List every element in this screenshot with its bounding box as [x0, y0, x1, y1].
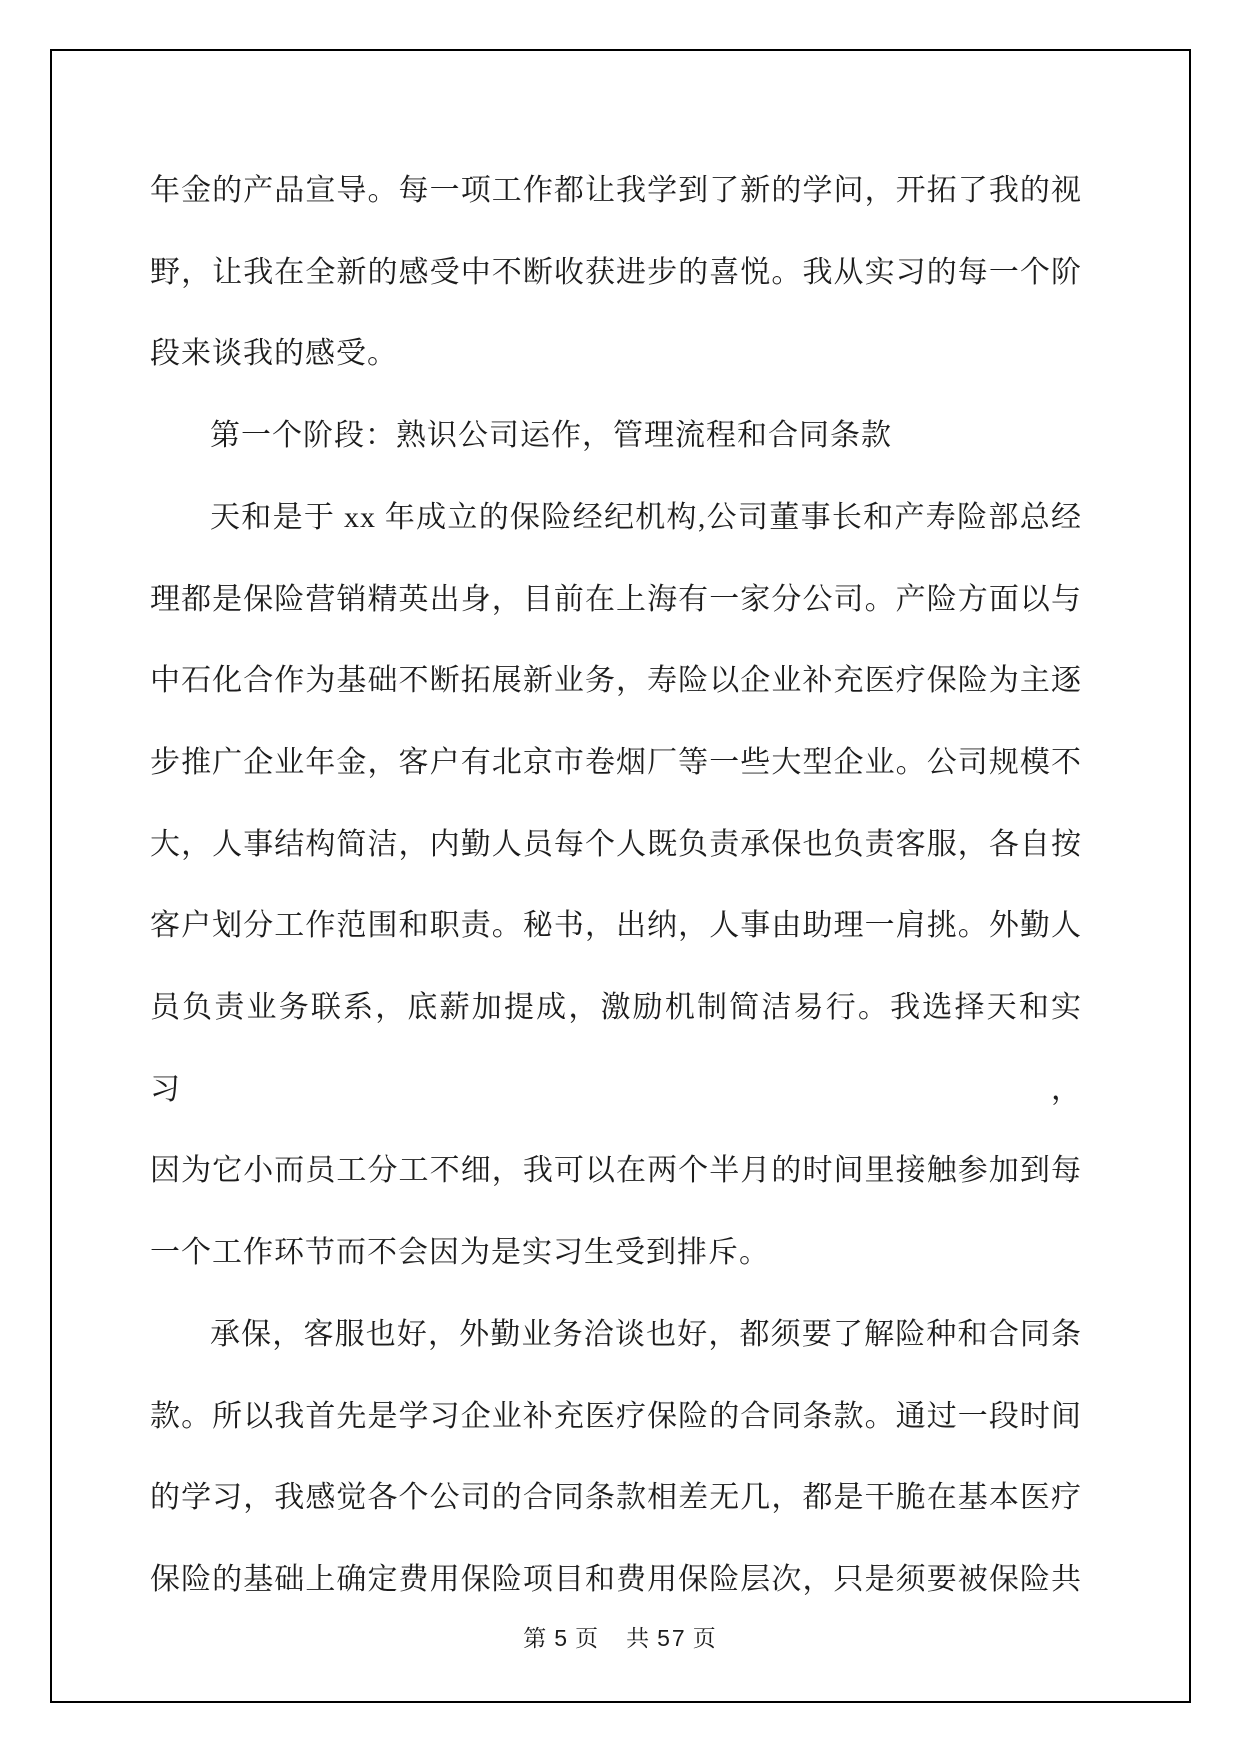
text-line: 员负责业务联系，底薪加提成，激励机制简洁易行。我选择天和实习，: [150, 967, 1082, 1130]
text-line: 步推广企业年金，客户有北京市卷烟厂等一些大型企业。公司规模不: [150, 722, 1082, 804]
document-body: 年金的产品宣导。每一项工作都让我学到了新的学问，开拓了我的视 野，让我在全新的感…: [150, 150, 1082, 1621]
total-suffix: 页: [693, 1626, 718, 1651]
text-line: 一个工作环节而不会因为是实习生受到排斥。: [150, 1212, 1082, 1294]
text-line: 年金的产品宣导。每一项工作都让我学到了新的学问，开拓了我的视: [150, 150, 1082, 232]
section-heading-line: 第一个阶段：熟识公司运作，管理流程和合同条款: [150, 395, 1082, 477]
text-line: 天和是于 xx 年成立的保险经纪机构,公司董事长和产寿险部总经: [150, 477, 1082, 559]
text-line: 段来谈我的感受。: [150, 313, 1082, 395]
text-line: 保险的基础上确定费用保险项目和费用保险层次，只是须要被保险共: [150, 1539, 1082, 1621]
text-line: 客户划分工作范围和职责。秘书，出纳，人事由助理一肩挑。外勤人: [150, 885, 1082, 967]
page-suffix: 页: [575, 1626, 600, 1651]
text-line: 承保，客服也好，外勤业务洽谈也好，都须要了解险种和合同条: [150, 1294, 1082, 1376]
document-page: 年金的产品宣导。每一项工作都让我学到了新的学问，开拓了我的视 野，让我在全新的感…: [0, 0, 1241, 1754]
page-prefix: 第: [523, 1626, 548, 1651]
text-line: 中石化合作为基础不断拓展新业务，寿险以企业补充医疗保险为主逐: [150, 640, 1082, 722]
text-line: 款。所以我首先是学习企业补充医疗保险的合同条款。通过一段时间: [150, 1376, 1082, 1458]
total-prefix: 共: [626, 1626, 651, 1651]
text-line: 理都是保险营销精英出身，目前在上海有一家分公司。产险方面以与: [150, 559, 1082, 641]
text-line: 因为它小而员工分工不细，我可以在两个半月的时间里接触参加到每: [150, 1130, 1082, 1212]
total-pages-number: 57: [657, 1625, 687, 1651]
text-line: 的学习，我感觉各个公司的合同条款相差无几，都是干脆在基本医疗: [150, 1457, 1082, 1539]
text-line: 野，让我在全新的感受中不断收获进步的喜悦。我从实习的每一个阶: [150, 232, 1082, 314]
total-pages-label: 共57页: [626, 1620, 718, 1653]
page-footer: 第5页共57页: [0, 1620, 1241, 1653]
current-page-label: 第5页: [523, 1620, 600, 1653]
text-line: 大，人事结构简洁，内勤人员每个人既负责承保也负责客服，各自按: [150, 804, 1082, 886]
page-number: 5: [554, 1625, 569, 1651]
